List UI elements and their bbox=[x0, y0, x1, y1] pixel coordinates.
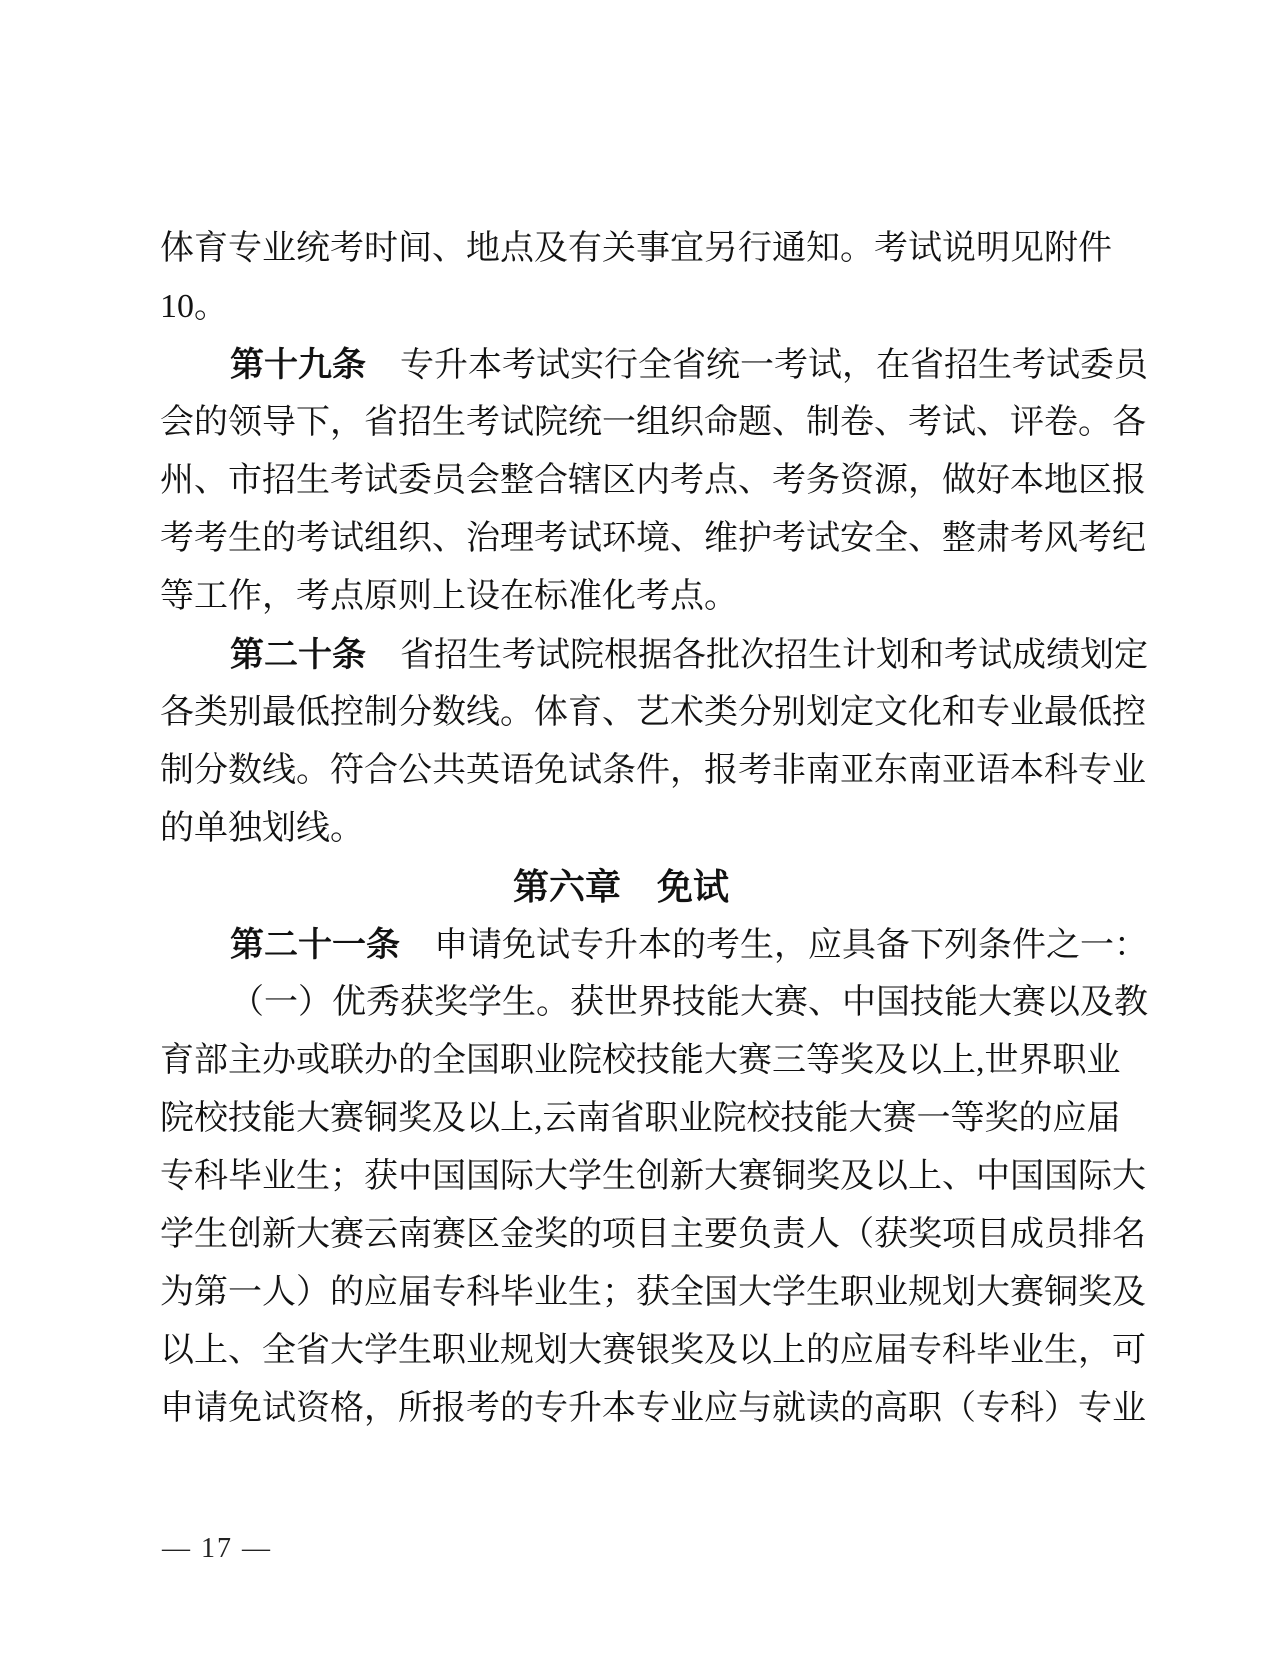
text-line: （一）优秀获奖学生。获世界技能大赛、中国技能大赛以及教 bbox=[160, 974, 1082, 1032]
body-text: 州、市招生考试委员会整合辖区内考点、考务资源，做好本地区报 bbox=[160, 462, 1146, 499]
text-line: 院校技能大赛铜奖及以上,云南省职业院校技能大赛一等奖的应届 bbox=[160, 1090, 1082, 1148]
text-line: 育部主办或联办的全国职业院校技能大赛三等奖及以上,世界职业 bbox=[160, 1032, 1082, 1090]
document-body: 体育专业统考时间、地点及有关事宜另行通知。考试说明见附件 10。 第十九条 专升… bbox=[160, 220, 1082, 1438]
article-number: 第二十条 bbox=[230, 636, 366, 674]
article-number: 第十九条 bbox=[230, 346, 366, 384]
text-line: 以上、全省大学生职业规划大赛银奖及以上的应届专科毕业生，可 bbox=[160, 1322, 1082, 1380]
text-line: 会的领导下，省招生考试院统一组织命题、制卷、考试、评卷。各 bbox=[160, 394, 1082, 452]
body-text: 育部主办或联办的全国职业院校技能大赛三等奖及以上,世界职业 bbox=[160, 1042, 1121, 1079]
body-text: 各类别最低控制分数线。体育、艺术类分别划定文化和专业最低控 bbox=[160, 694, 1146, 731]
body-text: 的单独划线。 bbox=[160, 810, 364, 847]
text-line: 申请免试资格，所报考的专升本专业应与就读的高职（专科）专业 bbox=[160, 1380, 1082, 1438]
body-text: 10。 bbox=[160, 288, 228, 325]
text-line: 各类别最低控制分数线。体育、艺术类分别划定文化和专业最低控 bbox=[160, 684, 1082, 742]
text-line: 第十九条 专升本考试实行全省统一考试，在省招生考试委员 bbox=[160, 336, 1082, 394]
text-line: 体育专业统考时间、地点及有关事宜另行通知。考试说明见附件 bbox=[160, 220, 1082, 278]
body-text: 制分数线。符合公共英语免试条件，报考非南亚东南亚语本科专业 bbox=[160, 752, 1146, 789]
body-text: 会的领导下，省招生考试院统一组织命题、制卷、考试、评卷。各 bbox=[160, 404, 1146, 441]
body-text: 以上、全省大学生职业规划大赛银奖及以上的应届专科毕业生，可 bbox=[160, 1332, 1146, 1369]
body-text: 学生创新大赛云南赛区金奖的项目主要负责人（获奖项目成员排名 bbox=[160, 1216, 1146, 1253]
body-text: 省招生考试院根据各批次招生计划和考试成绩划定 bbox=[366, 637, 1148, 674]
text-line: 等工作，考点原则上设在标准化考点。 bbox=[160, 568, 1082, 626]
body-text: 获世界技能大赛、中国技能大赛以及教 bbox=[570, 984, 1148, 1021]
item-label: （一）优秀获奖学生。 bbox=[230, 984, 570, 1021]
text-line: 州、市招生考试委员会整合辖区内考点、考务资源，做好本地区报 bbox=[160, 452, 1082, 510]
text-line: 第二十一条 申请免试专升本的考生，应具备下列条件之一： bbox=[160, 916, 1082, 974]
body-text: 申请免试专升本的考生，应具备下列条件之一： bbox=[400, 927, 1148, 964]
body-text: 体育专业统考时间、地点及有关事宜另行通知。考试说明见附件 bbox=[160, 230, 1112, 267]
body-text: 考考生的考试组织、治理考试环境、维护考试安全、整肃考风考纪 bbox=[160, 520, 1146, 557]
article-number: 第二十一条 bbox=[230, 926, 400, 964]
text-line: 10。 bbox=[160, 278, 1082, 336]
body-text: 专科毕业生；获中国国际大学生创新大赛铜奖及以上、中国国际大 bbox=[160, 1158, 1146, 1195]
body-text: 专升本考试实行全省统一考试，在省招生考试委员 bbox=[366, 347, 1148, 384]
text-line: 学生创新大赛云南赛区金奖的项目主要负责人（获奖项目成员排名 bbox=[160, 1206, 1082, 1264]
text-line: 制分数线。符合公共英语免试条件，报考非南亚东南亚语本科专业 bbox=[160, 742, 1082, 800]
page-number: — 17 — bbox=[162, 1532, 272, 1566]
text-line: 考考生的考试组织、治理考试环境、维护考试安全、整肃考风考纪 bbox=[160, 510, 1082, 568]
text-line: 第二十条 省招生考试院根据各批次招生计划和考试成绩划定 bbox=[160, 626, 1082, 684]
document-page: 体育专业统考时间、地点及有关事宜另行通知。考试说明见附件 10。 第十九条 专升… bbox=[0, 0, 1280, 1656]
body-text: 等工作，考点原则上设在标准化考点。 bbox=[160, 578, 738, 615]
body-text: 为第一人）的应届专科毕业生；获全国大学生职业规划大赛铜奖及 bbox=[160, 1274, 1146, 1311]
body-text: 申请免试资格，所报考的专升本专业应与就读的高职（专科）专业 bbox=[160, 1390, 1146, 1427]
body-text: 院校技能大赛铜奖及以上,云南省职业院校技能大赛一等奖的应届 bbox=[160, 1100, 1121, 1137]
text-line: 的单独划线。 bbox=[160, 800, 1082, 858]
text-line: 专科毕业生；获中国国际大学生创新大赛铜奖及以上、中国国际大 bbox=[160, 1148, 1082, 1206]
text-line: 为第一人）的应届专科毕业生；获全国大学生职业规划大赛铜奖及 bbox=[160, 1264, 1082, 1322]
chapter-heading: 第六章 免试 bbox=[160, 858, 1082, 916]
